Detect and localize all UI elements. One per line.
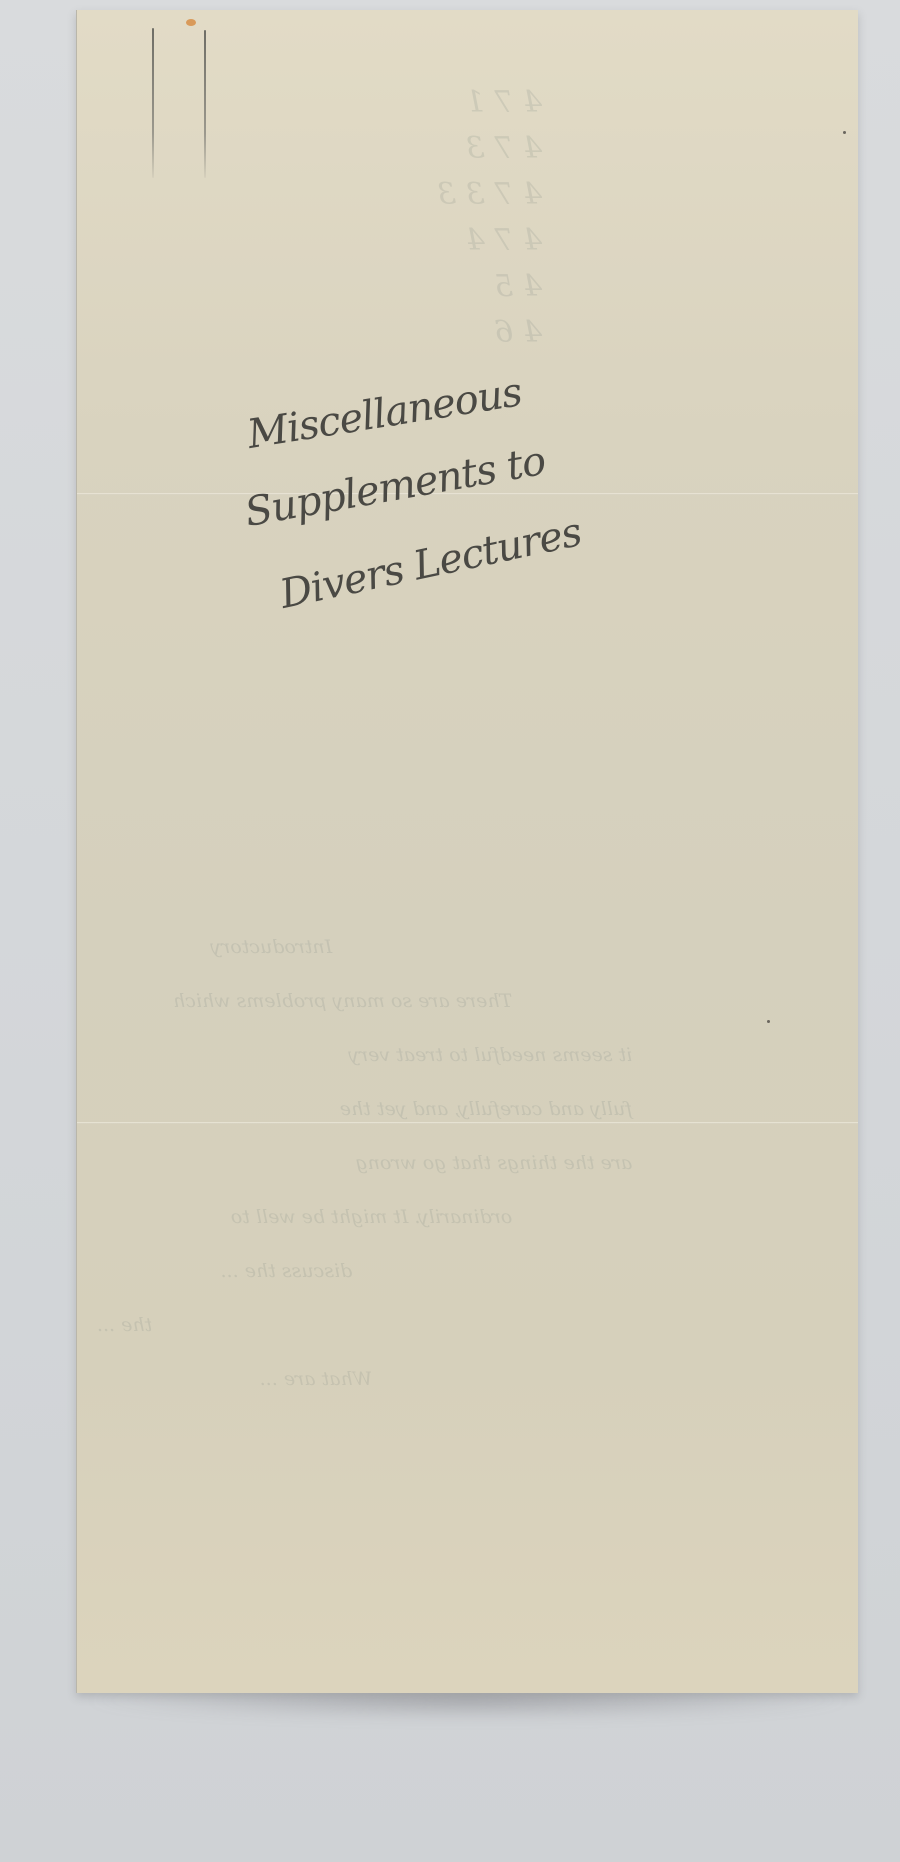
- bleed-through-bottom-block: Introductory There are so many problems …: [97, 920, 632, 1406]
- speck: [843, 131, 846, 134]
- title-line-miscellaneous: Miscellaneous: [245, 372, 524, 455]
- speck: [767, 1020, 770, 1023]
- fold-crease-lower: [77, 1122, 858, 1124]
- bleed-line: 4 7 4: [437, 218, 542, 264]
- pencil-mark-right: [204, 30, 206, 178]
- bleed-line: 4 5: [437, 264, 542, 310]
- bleed-line: the ...: [97, 1298, 632, 1352]
- bleed-line: 4 7 3 3: [437, 172, 542, 218]
- bleed-line: discuss the ...: [97, 1244, 632, 1298]
- bleed-through-top-block: 4 7 1 4 7 3 4 7 3 3 4 7 4 4 5 4 6: [437, 80, 542, 356]
- title-line-supplements-to: Supplements to: [242, 441, 548, 533]
- bleed-line: What are ...: [97, 1352, 632, 1406]
- bleed-line: fully and carefully, and yet the: [97, 1082, 632, 1136]
- bleed-line: it seems needful to treat very: [97, 1028, 632, 1082]
- pencil-mark-left: [152, 28, 154, 178]
- bleed-line: ordinarily. It might be well to: [97, 1190, 632, 1244]
- bleed-line: 4 7 3: [437, 126, 542, 172]
- bleed-line: 4 7 1: [437, 80, 542, 126]
- manuscript-page: 4 7 1 4 7 3 4 7 3 3 4 7 4 4 5 4 6 Introd…: [76, 10, 858, 1693]
- bleed-line: 4 6: [437, 310, 542, 356]
- bleed-line: are the things that go wrong: [97, 1136, 632, 1190]
- bleed-line: There are so many problems which: [97, 974, 632, 1028]
- orange-stain: [186, 19, 196, 26]
- title-line-divers-lectures: Divers Lectures: [277, 512, 585, 615]
- bleed-line: Introductory: [97, 920, 632, 974]
